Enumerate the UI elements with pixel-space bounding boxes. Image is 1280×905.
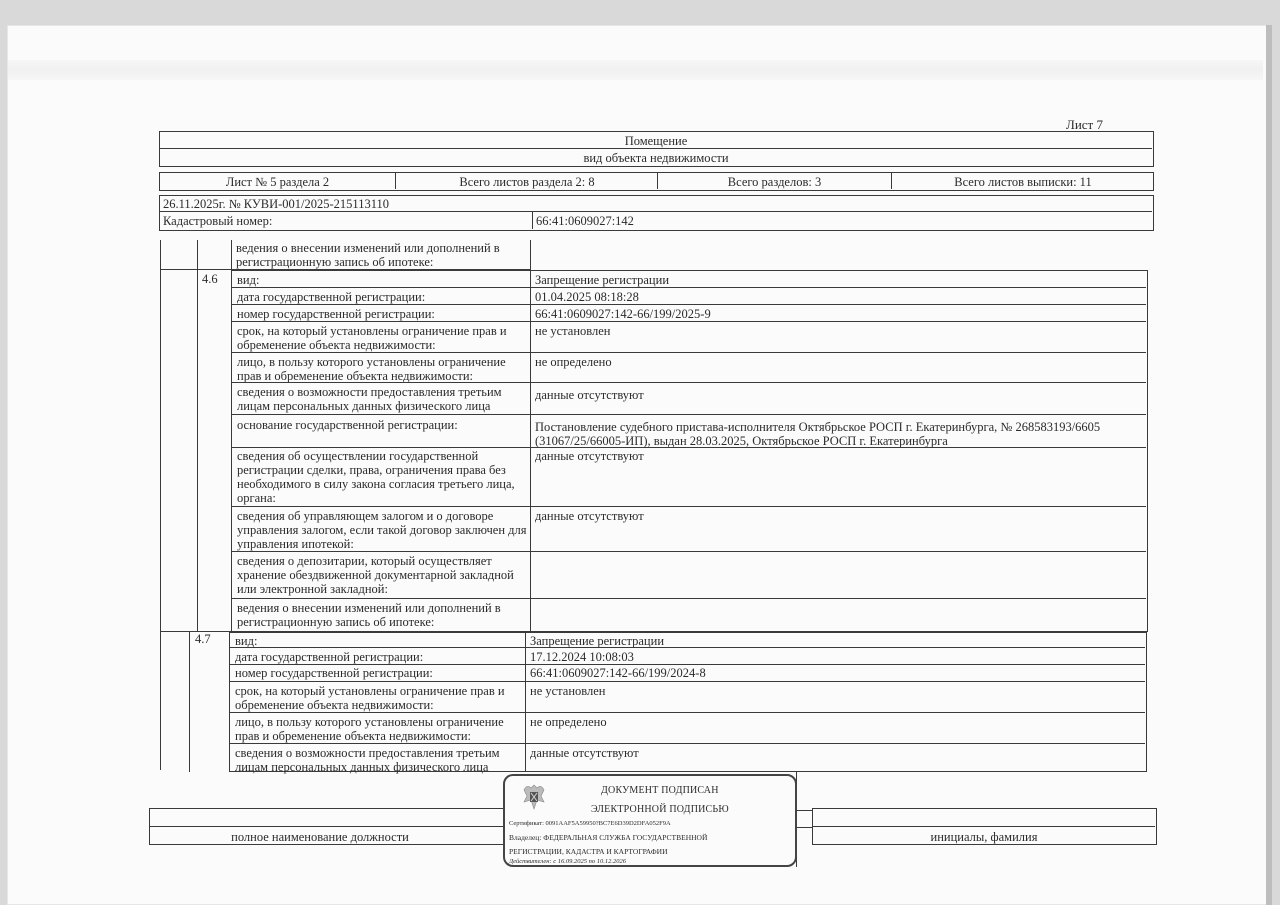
stamp-owner-line2: РЕГИСТРАЦИИ, КАДАСТРА И КАРТОГРАФИИ bbox=[509, 847, 668, 856]
electronic-signature-stamp: ДОКУМЕНТ ПОДПИСАН ЭЛЕКТРОННОЙ ПОДПИСЬЮ С… bbox=[503, 774, 797, 867]
continuation-label: ведения о внесении изменений или дополне… bbox=[233, 240, 530, 270]
stamp-title-line2: ЭЛЕКТРОННОЙ ПОДПИСЬЮ bbox=[591, 804, 729, 815]
row-label: сведения об осуществлении государственно… bbox=[234, 448, 530, 506]
row-value: Постановление судебного пристава-исполни… bbox=[532, 419, 1144, 449]
row-label: сведения о возможности предоставления тр… bbox=[234, 384, 530, 414]
object-type: Помещение bbox=[160, 133, 1152, 149]
page-edge bbox=[1266, 25, 1272, 905]
stamp-title-line1: ДОКУМЕНТ ПОДПИСАН bbox=[601, 785, 719, 796]
footer-name-box: инициалы, фамилия bbox=[812, 808, 1157, 845]
row-label: срок, на который установлены ограничение… bbox=[232, 683, 525, 713]
row-label: ведения о внесении изменений или дополне… bbox=[234, 600, 530, 630]
row-value: 01.04.2025 08:18:28 bbox=[532, 289, 1144, 305]
stamp-certificate: Сертификат: 0091AAF5A59950?BC7E6D39D2DFA… bbox=[509, 820, 671, 827]
row-value: не определено bbox=[532, 354, 1144, 370]
summary-sheet-of-section: Лист № 5 раздела 2 bbox=[160, 174, 395, 190]
scan-band bbox=[8, 60, 1263, 80]
row-label: лицо, в пользу которого установлены огра… bbox=[234, 354, 530, 384]
row-value bbox=[532, 553, 1144, 555]
row-label: основание государственной регистрации: bbox=[234, 417, 530, 433]
entry-number-4-6: 4.6 bbox=[199, 271, 229, 287]
row-label: вид: bbox=[234, 272, 530, 288]
coat-of-arms-icon bbox=[521, 782, 547, 812]
row-value: 17.12.2024 10:08:03 bbox=[527, 649, 1139, 665]
row-value: не установлен bbox=[532, 323, 1144, 339]
row-value: данные отсутствуют bbox=[527, 745, 1139, 761]
summary-section-sheets: Всего листов раздела 2: 8 bbox=[396, 174, 658, 190]
row-label: сведения о возможности предоставления тр… bbox=[232, 745, 525, 775]
row-label: срок, на который установлены ограничение… bbox=[234, 323, 530, 353]
summary-total-sheets: Всего листов выписки: 11 bbox=[892, 174, 1154, 190]
row-label: сведения о депозитарии, который осуществ… bbox=[234, 553, 530, 597]
footer-position-box: полное наименование должности bbox=[149, 808, 510, 845]
cadastral-label: Кадастровый номер: bbox=[160, 213, 530, 229]
extract-number: 26.11.2025г. № КУВИ-001/2025-215113110 bbox=[160, 196, 760, 212]
row-value: не определено bbox=[527, 714, 1139, 730]
row-label: дата государственной регистрации: bbox=[232, 649, 525, 665]
row-label: номер государственной регистрации: bbox=[232, 665, 525, 681]
stamp-validity: Действителен: с 16.09.2025 по 10.12.2026 bbox=[509, 858, 626, 865]
row-label: сведения об управляющем залогом и о дого… bbox=[234, 508, 530, 552]
cadastral-number: 66:41:0609027:142 bbox=[533, 213, 933, 229]
summary-row: Лист № 5 раздела 2 Всего листов раздела … bbox=[159, 172, 1154, 191]
object-type-box: Помещение вид объекта недвижимости bbox=[159, 131, 1154, 167]
row-value: 66:41:0609027:142-66/199/2025-9 bbox=[532, 306, 1144, 322]
table-col-number-border-2 bbox=[189, 632, 190, 772]
row-label: дата государственной регистрации: bbox=[234, 289, 530, 305]
name-caption: инициалы, фамилия bbox=[813, 829, 1155, 845]
row-label: номер государственной регистрации: bbox=[234, 306, 530, 322]
entry-4-6-table: вид: Запрещение регистрации дата государ… bbox=[231, 270, 1148, 632]
row-label: лицо, в пользу которого установлены огра… bbox=[232, 714, 525, 744]
row-value bbox=[532, 600, 1144, 602]
entry-number-4-7: 4.7 bbox=[192, 631, 222, 647]
object-type-caption: вид объекта недвижимости bbox=[160, 150, 1152, 166]
entry-4-7-table: вид: Запрещение регистрации дата государ… bbox=[229, 632, 1147, 772]
extract-info-box: 26.11.2025г. № КУВИ-001/2025-215113110 К… bbox=[159, 195, 1154, 231]
position-caption: полное наименование должности bbox=[150, 829, 490, 845]
row-value: данные отсутствуют bbox=[532, 448, 1144, 464]
row-value: не установлен bbox=[527, 683, 1139, 699]
stamp-owner-line1: Владелец: ФЕДЕРАЛЬНАЯ СЛУЖБА ГОСУДАРСТВЕ… bbox=[509, 833, 707, 842]
summary-sections: Всего разделов: 3 bbox=[658, 174, 891, 190]
row-value: 66:41:0609027:142-66/199/2024-8 bbox=[527, 665, 1139, 681]
table-border-left bbox=[160, 240, 161, 770]
row-value: Запрещение регистрации bbox=[532, 272, 1144, 288]
row-value: данные отсутствуют bbox=[532, 387, 1144, 403]
table-col-number-border bbox=[197, 240, 198, 632]
row-value: данные отсутствуют bbox=[532, 508, 1144, 524]
